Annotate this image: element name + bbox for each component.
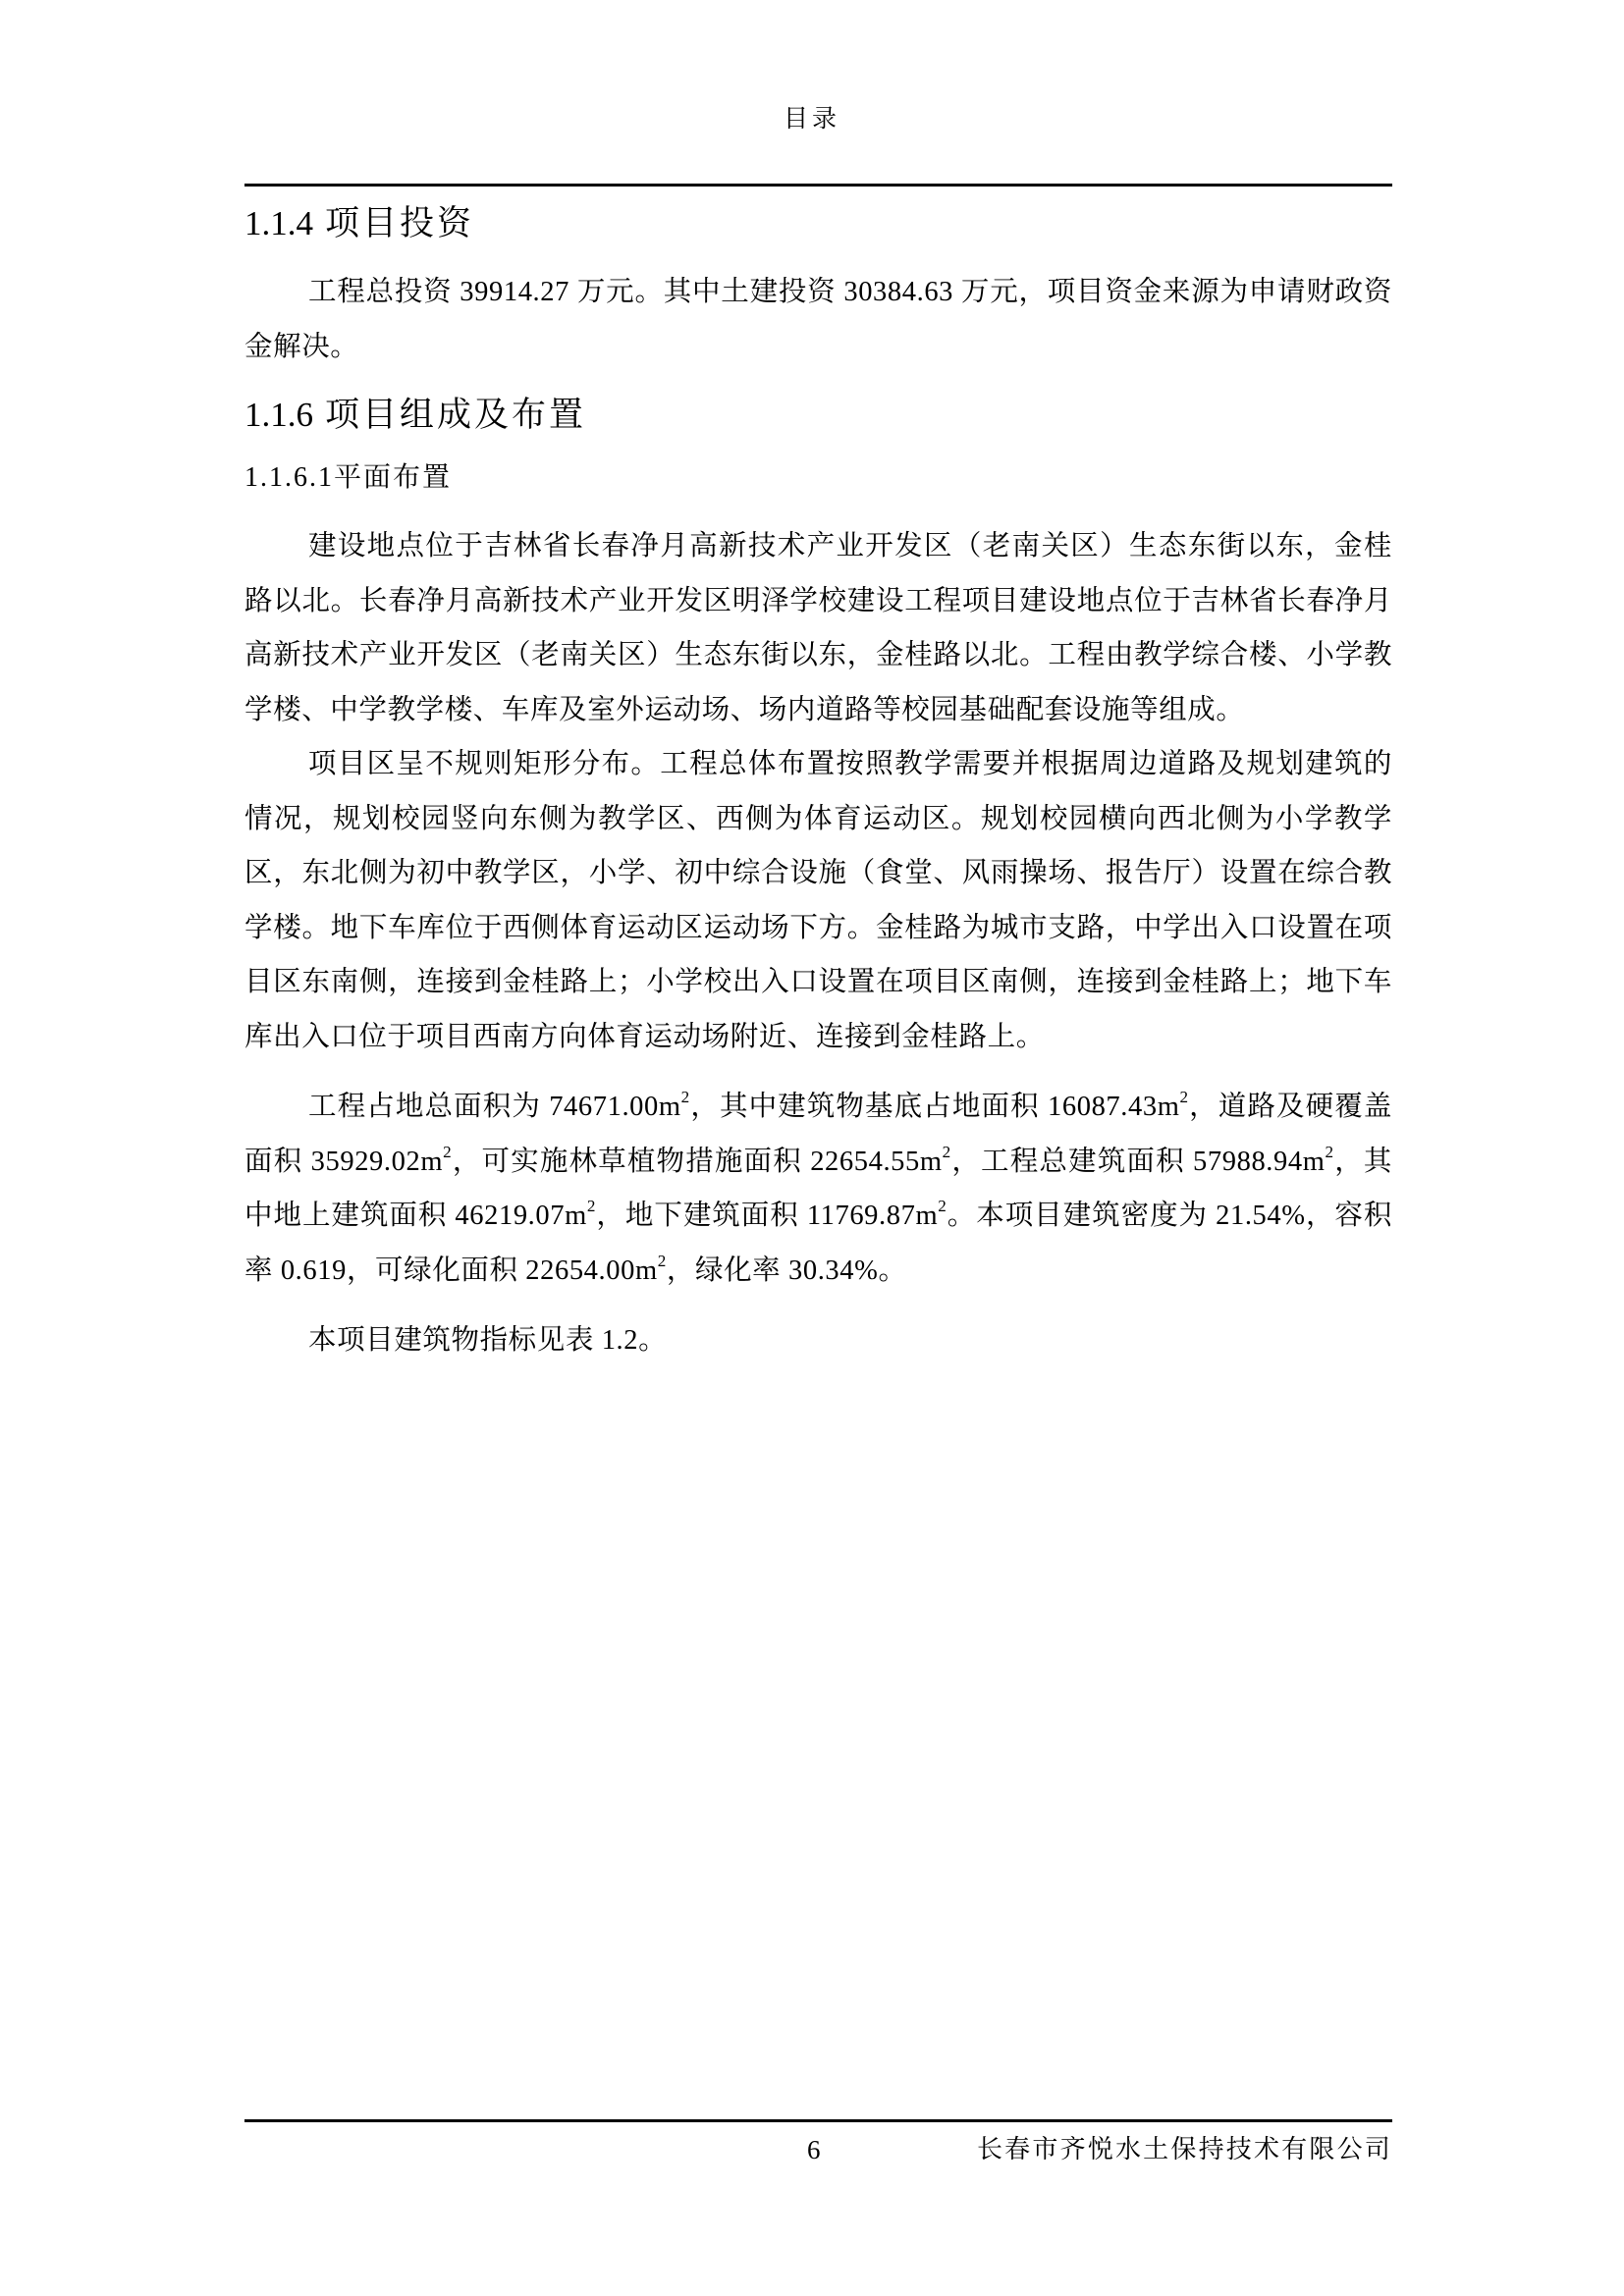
subsection-heading-1-1-6-1: 1.1.6.1平面布置 <box>244 451 1392 506</box>
superscript-squared: 2 <box>938 1197 947 1215</box>
section-number: 1.1.4 <box>244 204 313 242</box>
subsection-number: 1.1.6.1 <box>244 462 334 493</box>
footer-company-name: 长春市齐悦水土保持技术有限公司 <box>977 2132 1392 2167</box>
section-heading-1-1-4: 1.1.4项目投资 <box>244 196 1392 251</box>
page-header-title: 目录 <box>0 102 1624 137</box>
section-number: 1.1.6 <box>244 396 313 434</box>
paragraph-layout: 项目区呈不规则矩形分布。工程总体布置按照教学需要并根据周边道路及规划建筑的情况，… <box>244 737 1392 1064</box>
footer-page-number: 6 <box>807 2132 821 2167</box>
superscript-squared: 2 <box>943 1143 951 1161</box>
footer-rule <box>244 2119 1392 2122</box>
section-heading-1-1-6: 1.1.6项目组成及布置 <box>244 388 1392 443</box>
superscript-squared: 2 <box>443 1143 452 1161</box>
superscript-squared: 2 <box>587 1197 596 1215</box>
paragraph-table-reference: 本项目建筑物指标见表 1.2。 <box>244 1313 1392 1368</box>
paragraph-area-indicators: 工程占地总面积为 74671.00m2，其中建筑物基底占地面积 16087.43… <box>244 1080 1392 1298</box>
section-title: 项目投资 <box>325 204 474 242</box>
paragraph-location: 建设地点位于吉林省长春净月高新技术产业开发区（老南关区）生态东街以东，金桂路以北… <box>244 519 1392 737</box>
page-content: 1.1.4项目投资 工程总投资 39914.27 万元。其中土建投资 30384… <box>244 196 1392 1368</box>
superscript-squared: 2 <box>658 1252 667 1270</box>
header-rule <box>244 184 1392 187</box>
superscript-squared: 2 <box>1179 1088 1188 1106</box>
superscript-squared: 2 <box>1326 1143 1334 1161</box>
section-title: 项目组成及布置 <box>325 396 586 434</box>
paragraph-investment: 工程总投资 39914.27 万元。其中土建投资 30384.63 万元，项目资… <box>244 265 1392 374</box>
superscript-squared: 2 <box>681 1088 690 1106</box>
subsection-title: 平面布置 <box>334 462 452 493</box>
